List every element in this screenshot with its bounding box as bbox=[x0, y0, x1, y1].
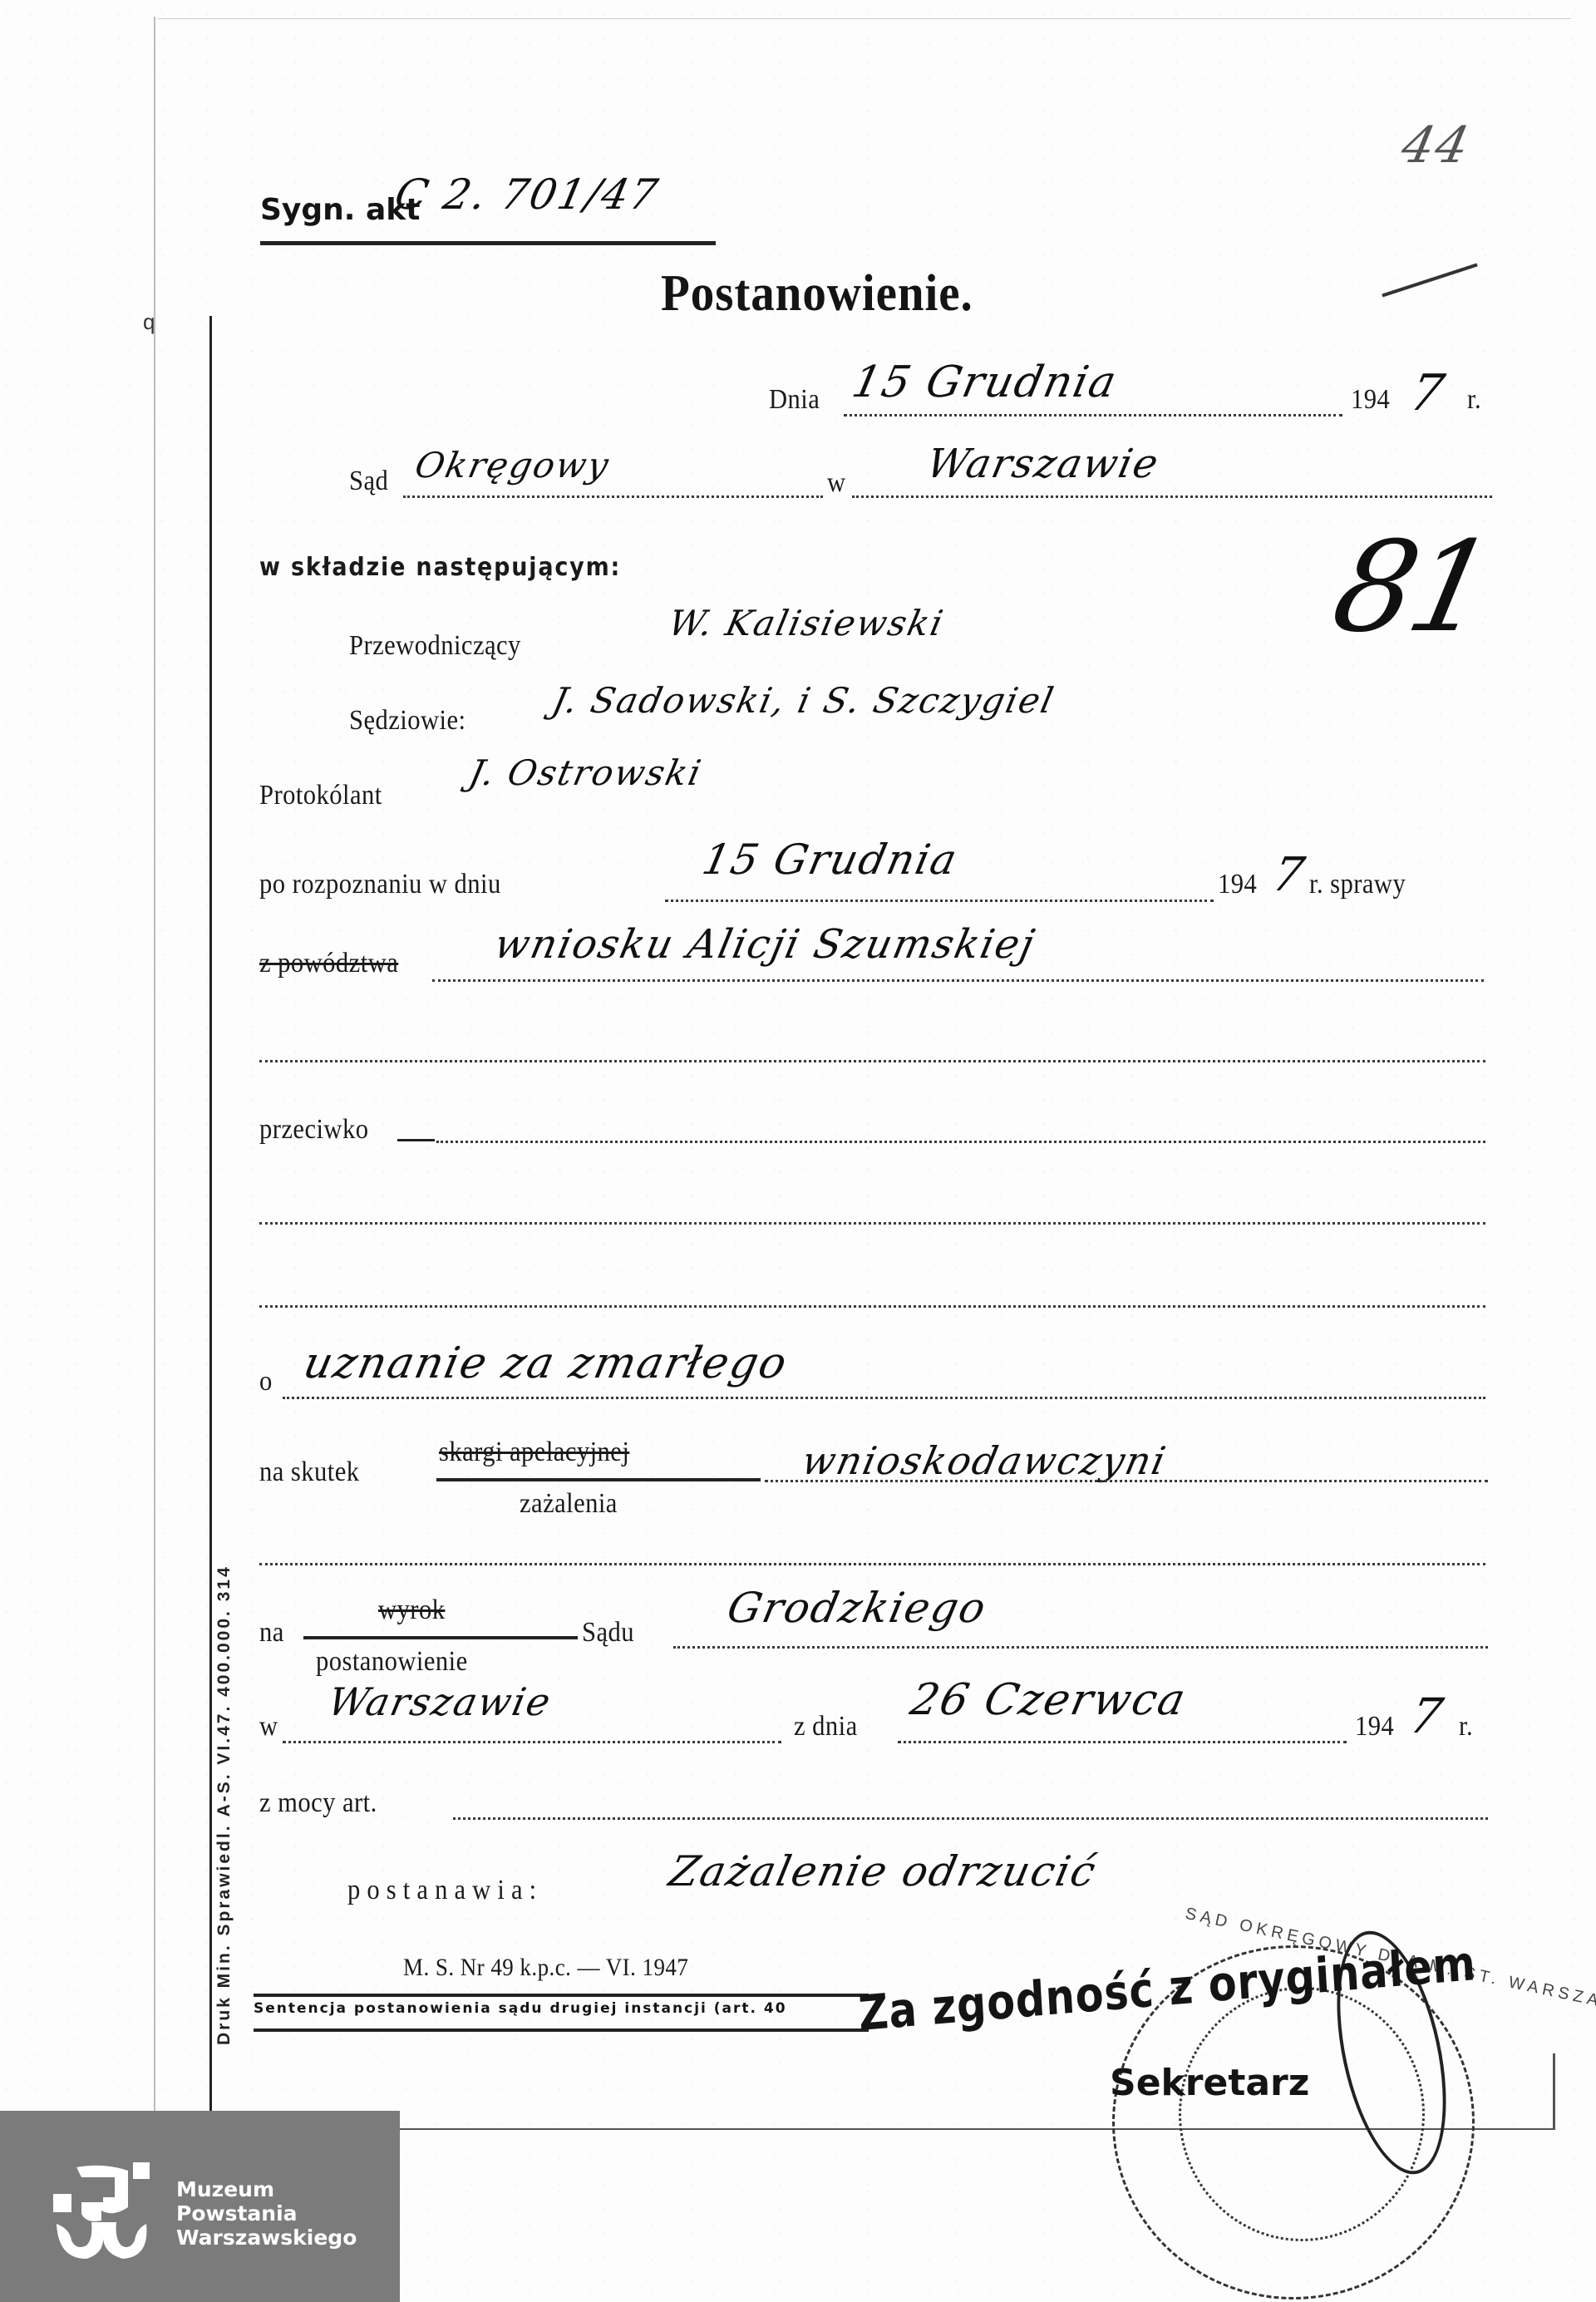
registry-mark: 81 bbox=[1322, 515, 1501, 660]
right-bracket-line bbox=[1553, 2053, 1555, 2130]
composition-label: w składzie następującym: bbox=[259, 553, 621, 582]
presiding-value: W. Kalisiewski bbox=[665, 603, 948, 643]
court-city-value: Warszawie bbox=[923, 441, 1164, 487]
hearing-value: 15 Grudnia bbox=[698, 836, 963, 884]
margin-stroke bbox=[1382, 264, 1477, 298]
printer-note: Druk Min. Sprawiedl. A-S. VI.47. 400.000… bbox=[214, 1565, 234, 2045]
claim-dotted-line bbox=[432, 979, 1484, 982]
against-label: przeciwko bbox=[259, 1114, 368, 1146]
date-dotted-line bbox=[844, 414, 1342, 417]
judges-value: J. Sadowski, i S. Szczygiel bbox=[549, 680, 1058, 721]
appeal-selected-option: zażalenia bbox=[520, 1488, 618, 1520]
blank-dotted-line-4 bbox=[259, 1563, 1485, 1565]
claim-label: z powództwa bbox=[259, 948, 398, 979]
blank-dotted-line-3 bbox=[259, 1305, 1485, 1308]
appeal-value: wnioskodawczyni bbox=[798, 1438, 1171, 1483]
logo-line-3: Warszawskiego bbox=[176, 2226, 357, 2250]
origin-date-value: 26 Czerwca bbox=[906, 1675, 1191, 1725]
left-border-line bbox=[209, 316, 212, 2128]
against-dash bbox=[397, 1139, 435, 1141]
museum-logo-text: Muzeum Powstania Warszawskiego bbox=[176, 2177, 357, 2250]
origin-city-dotted-line bbox=[283, 1741, 781, 1743]
date-suffix: r. bbox=[1467, 384, 1481, 416]
hearing-suffix: r. sprawy bbox=[1309, 869, 1406, 900]
caption-bottom-rule bbox=[254, 2028, 869, 2032]
caption-top-rule bbox=[254, 1994, 869, 1997]
court-dotted-line bbox=[403, 495, 823, 498]
clerk-value: J. Ostrowski bbox=[465, 752, 706, 793]
court-city-dotted-line bbox=[852, 495, 1492, 498]
hearing-year-suffix: 7 bbox=[1268, 848, 1310, 902]
date-year-prefix: 194 bbox=[1351, 384, 1390, 416]
appeal-fraction-line bbox=[436, 1478, 761, 1481]
document-title: Postanowienie. bbox=[661, 264, 973, 323]
appeal-dotted-line bbox=[765, 1480, 1488, 1482]
origin-date-label: z dnia bbox=[794, 1711, 858, 1743]
secretary-label: Sekretarz bbox=[1110, 2062, 1309, 2104]
ruling-struck-option-text: wyrok bbox=[378, 1595, 445, 1625]
origin-year-suffix: 7 bbox=[1405, 1688, 1449, 1744]
article-label: z mocy art. bbox=[259, 1787, 377, 1819]
hearing-label: po rozpoznaniu w dniu bbox=[259, 869, 501, 900]
page-number-annotation: 44 bbox=[1396, 116, 1475, 175]
date-value: 15 Grudnia bbox=[848, 357, 1122, 407]
claim-label-text: z powództwa bbox=[259, 948, 398, 978]
origin-date-dotted-line bbox=[898, 1741, 1347, 1743]
case-number-underline bbox=[260, 241, 716, 245]
scanned-document-page: q 44 Sygn. akt C 2. 701/47 Postanowienie… bbox=[0, 0, 1596, 2302]
origin-year-prefix: 194 bbox=[1355, 1711, 1394, 1743]
ruling-fraction-line bbox=[303, 1636, 578, 1639]
against-dotted-line bbox=[436, 1141, 1485, 1143]
museum-logo-panel: Muzeum Powstania Warszawskiego bbox=[0, 2111, 400, 2302]
appeal-struck-option: skargi apelacyjnej bbox=[439, 1437, 629, 1468]
logo-line-1: Muzeum bbox=[176, 2177, 357, 2201]
ruling-label: na bbox=[259, 1617, 284, 1649]
presiding-label: Przewodniczący bbox=[349, 630, 521, 662]
clerk-label: Protokólant bbox=[259, 780, 382, 811]
appeal-label: na skutek bbox=[259, 1457, 359, 1488]
date-year-suffix: 7 bbox=[1405, 364, 1451, 422]
form-code: M. S. Nr 49 k.p.c. — VI. 1947 bbox=[403, 1954, 688, 1982]
subject-value: uznanie za zmarłego bbox=[299, 1338, 792, 1388]
ruling-struck-option: wyrok bbox=[378, 1595, 445, 1626]
margin-mark: q bbox=[143, 309, 155, 335]
claim-value: wniosku Alicji Szumskiej bbox=[490, 921, 1040, 968]
judges-label: Sędziowie: bbox=[349, 705, 465, 737]
logo-line-2: Powstania bbox=[176, 2201, 357, 2226]
decision-label: postanawia: bbox=[347, 1875, 543, 1906]
top-faint-line bbox=[158, 18, 1571, 19]
hearing-year-prefix: 194 bbox=[1218, 869, 1257, 900]
court-in-label: w bbox=[827, 467, 846, 499]
subject-label: o bbox=[259, 1366, 273, 1397]
origin-suffix: r. bbox=[1459, 1711, 1473, 1743]
form-caption: Sentencja postanowienia sądu drugiej ins… bbox=[254, 2000, 787, 2017]
court-label: Sąd bbox=[349, 466, 388, 497]
court-value: Okręgowy bbox=[411, 445, 613, 486]
blank-dotted-line-1 bbox=[259, 1060, 1485, 1062]
case-number-value: C 2. 701/47 bbox=[391, 170, 663, 219]
hearing-dotted-line bbox=[665, 900, 1214, 902]
blank-dotted-line-2 bbox=[259, 1222, 1485, 1225]
subject-dotted-line bbox=[283, 1397, 1485, 1399]
origin-in-label: w bbox=[259, 1711, 278, 1743]
article-dotted-line bbox=[453, 1817, 1488, 1820]
date-label: Dnia bbox=[769, 384, 820, 416]
kotwica-anchor-icon bbox=[53, 2162, 153, 2262]
ruling-court-value: Grodzkiego bbox=[723, 1584, 992, 1632]
ruling-selected-option: postanowienie bbox=[316, 1646, 468, 1678]
appeal-struck-option-text: skargi apelacyjnej bbox=[439, 1437, 629, 1467]
origin-city-value: Warszawie bbox=[324, 1679, 556, 1724]
ruling-dotted-line bbox=[673, 1646, 1488, 1649]
ruling-court-label: Sądu bbox=[582, 1617, 634, 1649]
decision-value: Zażalenie odrzucić bbox=[665, 1847, 1101, 1895]
